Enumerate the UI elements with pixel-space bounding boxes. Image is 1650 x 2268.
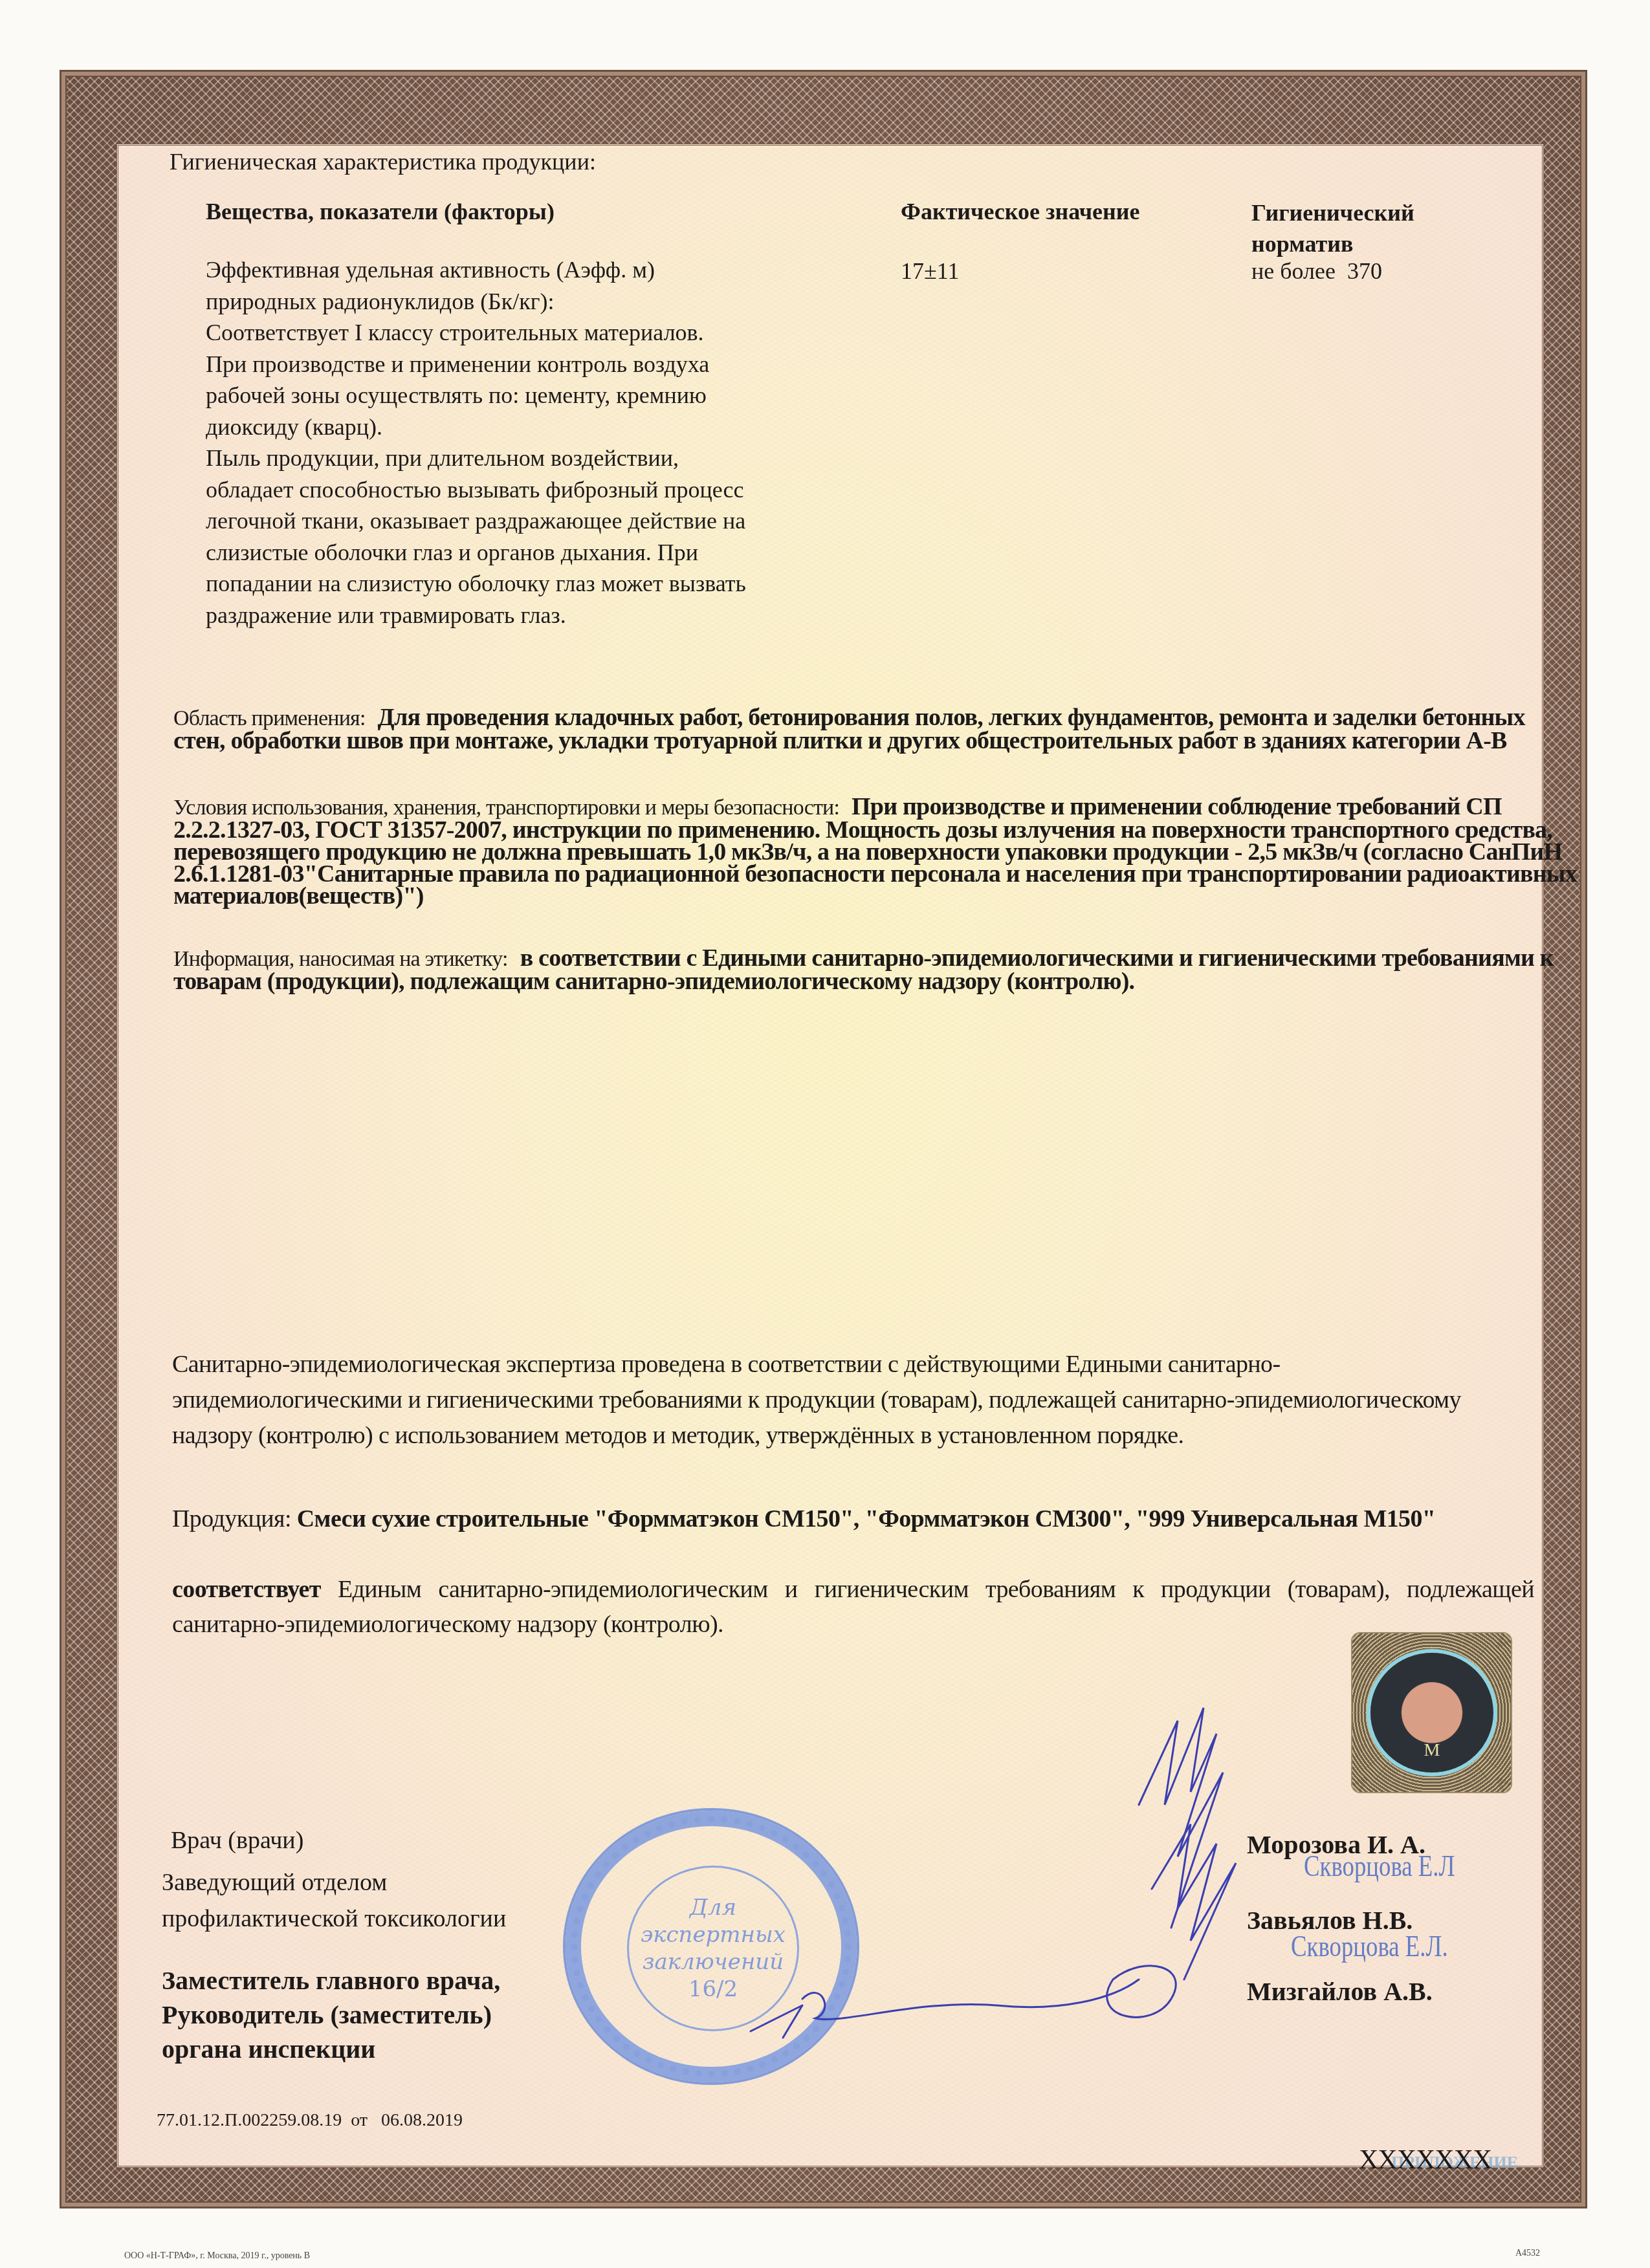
- substance-line: попадании на слизистую оболочку глаз мож…: [206, 568, 885, 600]
- role-deputy-line-3: органа инспекции: [162, 2032, 500, 2066]
- norm-value: не более 370: [1251, 257, 1382, 286]
- col-header-norm: Гигиенический норматив: [1251, 197, 1465, 259]
- substance-line: раздражение или травмировать глаз.: [206, 600, 885, 631]
- substance-line: обладает способностью вызывать фиброзный…: [206, 474, 885, 506]
- role-doctor: Врач (врачи): [171, 1824, 303, 1857]
- role-head-line-1: Заведующий отделом: [162, 1864, 506, 1901]
- scope-value: Для проведения кладочных работ, бетониро…: [173, 704, 1525, 754]
- substance-line: рабочей зоны осуществлять по: цементу, к…: [206, 380, 885, 411]
- substance-line: Эффективная удельная активность (Аэфф. м…: [206, 254, 885, 286]
- handwritten-signatures-icon: [725, 1695, 1268, 2057]
- signer-name-3: Мизгайлов А.В.: [1247, 1976, 1433, 2007]
- form-code: А4532: [1515, 2249, 1540, 2259]
- document-date: 06.08.2019: [381, 2110, 463, 2130]
- substance-description: Эффективная удельная активность (Аэфф. м…: [206, 254, 885, 631]
- document-number-line: 77.01.12.П.002259.08.19 от 06.08.2019: [157, 2110, 463, 2131]
- hologram-letter: М: [1424, 1740, 1440, 1761]
- certificate-page: Гигиеническая характеристика продукции: …: [0, 0, 1650, 2268]
- col-header-actual: Фактическое значение: [901, 197, 1140, 226]
- role-deputy-line-1: Заместитель главного врача,: [162, 1963, 500, 1998]
- conformity-statement: соответствует Единым санитарно-эпидемиол…: [172, 1572, 1534, 1642]
- date-separator: от: [351, 2110, 368, 2130]
- role-head-line-2: профилактической токсикологии: [162, 1901, 506, 1937]
- product-label: Продукция:: [172, 1505, 291, 1532]
- document-number: 77.01.12.П.002259.08.19: [157, 2110, 342, 2130]
- substance-line: слизистые оболочки глаз и органов дыхани…: [206, 537, 885, 569]
- printer-imprint: ООО «Н-Т-ГРАФ», г. Москва, 2019 г., уров…: [124, 2251, 310, 2262]
- role-deputy-line-2: Руководитель (заместитель): [162, 1998, 500, 2032]
- expertise-statement: Санитарно-эпидемиологическая экспертиза …: [172, 1347, 1492, 1454]
- substance-line: При производстве и применении контроль в…: [206, 349, 885, 380]
- stamped-name-1: Скворцова Е.Л: [1304, 1849, 1455, 1883]
- label-info-section: Информация, наносимая на этикетку: в соо…: [173, 947, 1578, 992]
- product-section: Продукция: Смеси сухие строительные "Фор…: [172, 1502, 1499, 1536]
- scope-section: Область применения: Для проведения кладо…: [173, 706, 1578, 752]
- conditions-section: Условия использования, хранения, транспо…: [173, 796, 1578, 907]
- role-head-of-department: Заведующий отделом профилактической токс…: [162, 1864, 506, 1937]
- conformity-text: Единым санитарно-эпидемиологическим и ги…: [172, 1576, 1534, 1638]
- substance-line: легочной ткани, оказывает раздражающее д…: [206, 505, 885, 537]
- substance-line: Соответствует I классу строительных мате…: [206, 317, 885, 349]
- product-value: Смеси сухие строительные "Формматэкон СМ…: [297, 1505, 1436, 1532]
- role-deputy-chief: Заместитель главного врача, Руководитель…: [162, 1963, 500, 2066]
- stamped-name-2: Скворцова Е.Л.: [1291, 1929, 1448, 1963]
- hologram-emblem-icon: М: [1370, 1653, 1493, 1772]
- actual-value: 17±11: [901, 257, 959, 286]
- substance-line: Пыль продукции, при длительном воздейств…: [206, 442, 885, 474]
- substance-line: природных радионуклидов (Бк/кг):: [206, 286, 885, 318]
- hygiene-heading: Гигиеническая характеристика продукции:: [170, 147, 596, 177]
- substance-line: диоксиду (кварц).: [206, 411, 885, 443]
- hologram-seal: М: [1352, 1633, 1511, 1792]
- conformity-bold: соответствует: [172, 1576, 321, 1603]
- serial-number: XXXXXXX: [1359, 2144, 1491, 2175]
- col-header-substance: Вещества, показатели (факторы): [206, 197, 555, 226]
